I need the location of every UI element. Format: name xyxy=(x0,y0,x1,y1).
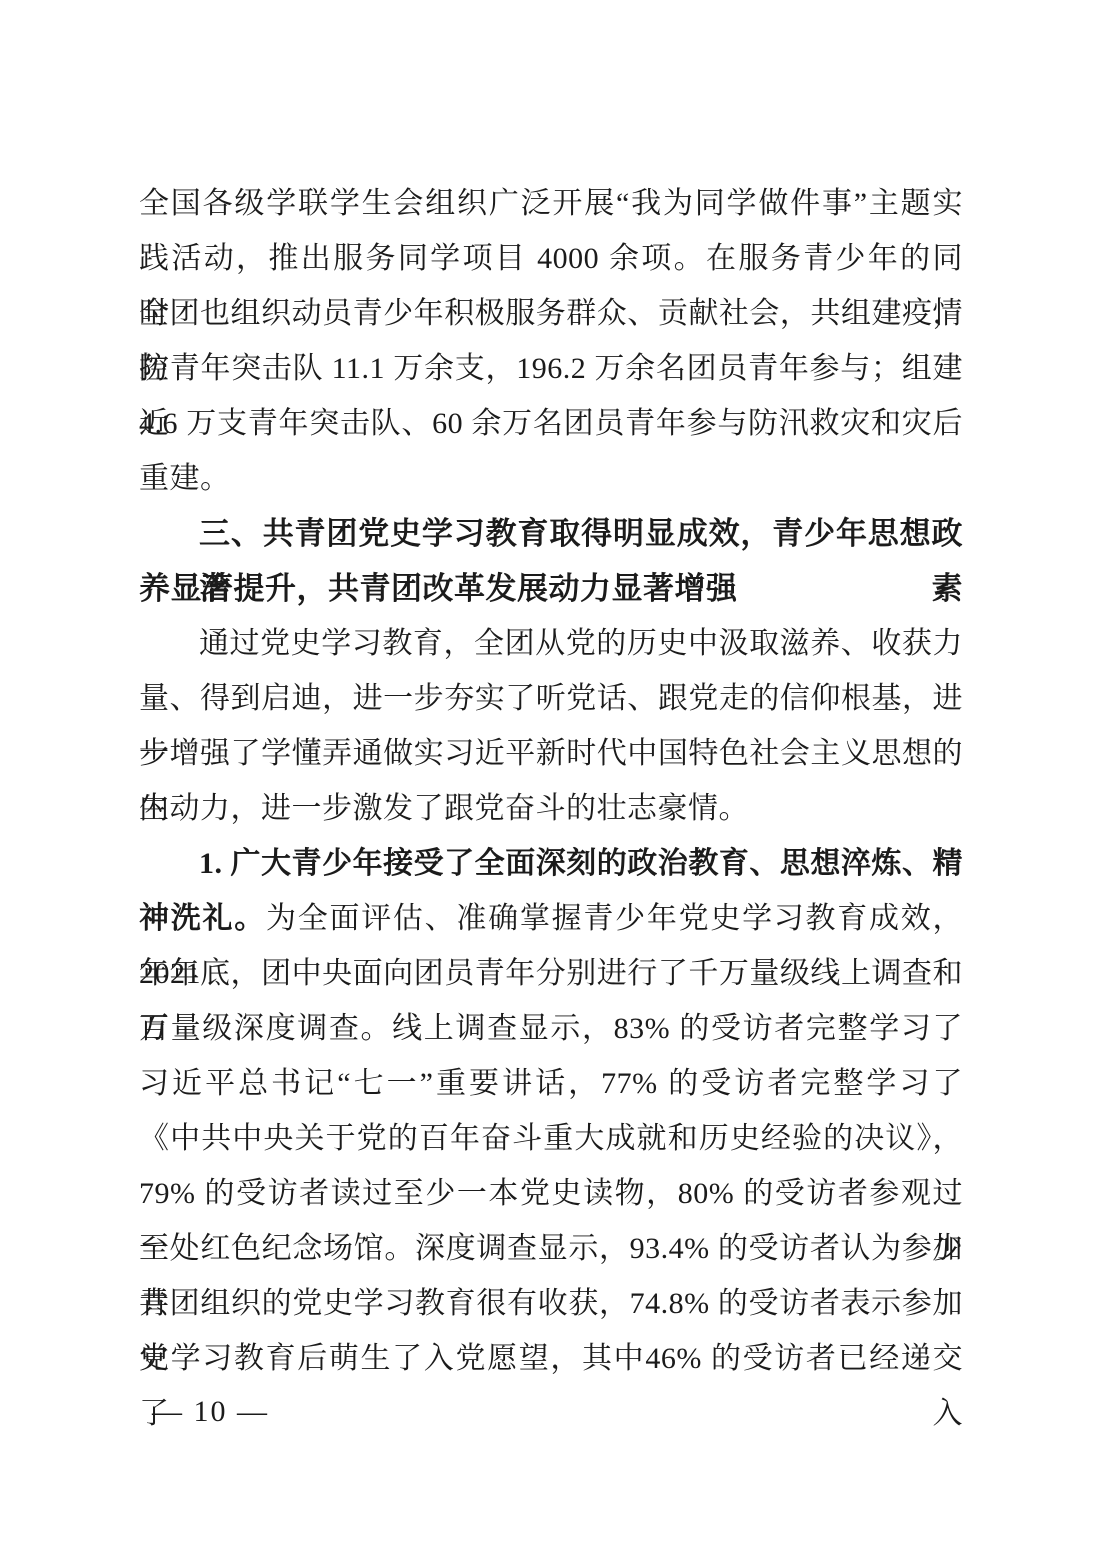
text-line: 三、共青团党史学习教育取得明显成效，青少年思想政治素 xyxy=(139,506,963,561)
text-segment: 通过党史学习教育，全团从党的历史中汲取滋养、收获力 xyxy=(199,627,963,660)
numbered-point-paragraph: 1. 广大青少年接受了全面深刻的政治教育、思想淬炼、精神洗礼。为全面评估、准确掌… xyxy=(139,836,963,1386)
text-line: 4.6 万支青年突击队、60 余万名团员青年参与防汛救灾和灾后 xyxy=(139,396,963,451)
text-line: 1. 广大青少年接受了全面深刻的政治教育、思想淬炼、精 xyxy=(139,836,963,891)
text-line: 生动力，进一步激发了跟党奋斗的壮志豪情。 xyxy=(139,781,963,836)
text-segment: 生动力，进一步激发了跟党奋斗的壮志豪情。 xyxy=(139,792,749,825)
text-line: 年年底，团中央面向团员青年分别进行了千万量级线上调查和百 xyxy=(139,946,963,1001)
text-line: 全团也组织动员青少年积极服务群众、贡献社会，共组建疫情防 xyxy=(139,286,963,341)
text-line: 习近平总书记“七一”重要讲话，77% 的受访者完整学习了 xyxy=(139,1056,963,1111)
page-footer: — 10 — xyxy=(152,1392,269,1432)
text-line: 通过党史学习教育，全团从党的历史中汲取滋养、收获力 xyxy=(139,616,963,671)
text-segment: 重建。 xyxy=(139,462,231,495)
section-heading: 三、共青团党史学习教育取得明显成效，青少年思想政治素养显著提升，共青团改革发展动… xyxy=(139,506,963,616)
text-line: 步增强了学懂弄通做实习近平新时代中国特色社会主义思想的内 xyxy=(139,726,963,781)
text-line: 全国各级学联学生会组织广泛开展“我为同学做件事”主题实 xyxy=(139,176,963,231)
text-line: 79% 的受访者读过至少一本党史读物，80% 的受访者参观过至少 xyxy=(139,1166,963,1221)
text-line: 践活动，推出服务同学项目 4000 余项。在服务青少年的同时， xyxy=(139,231,963,286)
document-body: 全国各级学联学生会组织广泛开展“我为同学做件事”主题实践活动，推出服务同学项目 … xyxy=(139,176,963,1386)
text-line: 神洗礼。为全面评估、准确掌握青少年党史学习教育成效，2021 xyxy=(139,891,963,946)
page-number: — 10 — xyxy=(152,1395,269,1428)
text-segment: 4.6 万支青年突击队、60 余万名团员青年参与防汛救灾和灾后 xyxy=(139,407,963,440)
text-segment: 习近平总书记“七一”重要讲话，77% 的受访者完整学习了 xyxy=(139,1067,963,1100)
text-segment: 全国各级学联学生会组织广泛开展“我为同学做件事”主题实 xyxy=(139,187,963,220)
paragraph-continuation: 全国各级学联学生会组织广泛开展“我为同学做件事”主题实践活动，推出服务同学项目 … xyxy=(139,176,963,506)
text-line: 万量级深度调查。线上调查显示，83% 的受访者完整学习了 xyxy=(139,1001,963,1056)
text-line: 重建。 xyxy=(139,451,963,506)
text-line: 青团组织的党史学习教育很有收获，74.8% 的受访者表示参加党 xyxy=(139,1276,963,1331)
text-line: 史学习教育后萌生了入党愿望，其中46% 的受访者已经递交了入 xyxy=(139,1331,963,1386)
text-line: 《中共中央关于党的百年奋斗重大成就和历史经验的决议》， xyxy=(139,1111,963,1166)
bold-text-segment: 1. 广大青少年接受了全面深刻的政治教育、思想淬炼、精 xyxy=(199,847,963,880)
text-segment: 《中共中央关于党的百年奋斗重大成就和历史经验的决议》， xyxy=(139,1122,963,1155)
paragraph: 通过党史学习教育，全团从党的历史中汲取滋养、收获力量、得到启迪，进一步夯实了听党… xyxy=(139,616,963,836)
document-page: 全国各级学联学生会组织广泛开展“我为同学做件事”主题实践活动，推出服务同学项目 … xyxy=(0,0,1102,1559)
bold-text-segment: 神洗礼。 xyxy=(139,902,266,935)
text-line: 一处红色纪念场馆。深度调查显示，93.4% 的受访者认为参加共 xyxy=(139,1221,963,1276)
text-segment: 万量级深度调查。线上调查显示，83% 的受访者完整学习了 xyxy=(139,1012,963,1045)
text-segment: 养显著提升，共青团改革发展动力显著增强 xyxy=(139,571,738,606)
text-line: 控青年突击队 11.1 万余支，196.2 万余名团员青年参与；组建近 xyxy=(139,341,963,396)
text-line: 量、得到启迪，进一步夯实了听党话、跟党走的信仰根基，进一 xyxy=(139,671,963,726)
